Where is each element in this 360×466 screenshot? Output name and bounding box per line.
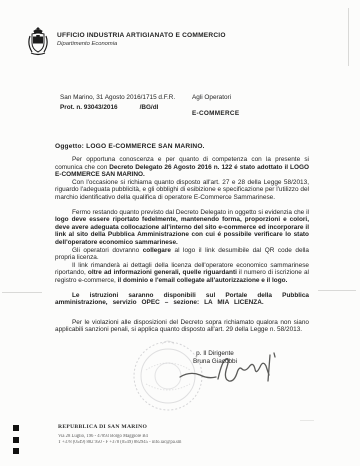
letterhead: UFFICIO INDUSTRIA ARTIGIANATO E COMMERCI… xyxy=(27,26,226,56)
registration-mark xyxy=(13,437,19,443)
letterhead-text: UFFICIO INDUSTRIA ARTIGIANATO E COMMERCI… xyxy=(57,26,226,47)
registration-mark xyxy=(13,448,19,454)
body-paragraph: Fermo restando quanto previsto dal Decre… xyxy=(55,209,309,247)
text-segment-bold: collegare xyxy=(143,247,171,254)
footer: REPUBBLICA DI SAN MARINO Via 28 Luglio, … xyxy=(58,424,181,445)
body-paragraph: Il link rimanderà ai dettagli della lice… xyxy=(55,262,309,285)
department-name: Dipartimento Economia xyxy=(57,41,226,47)
recipient-line-1: Agli Operatori xyxy=(192,94,239,101)
text-segment-bold: Le istruzioni saranno disponibili sul Po… xyxy=(55,292,309,307)
office-name: UFFICIO INDUSTRIA ARTIGIANATO E COMMERCI… xyxy=(57,32,226,39)
signer-role: p. Il Dirigente xyxy=(160,350,270,358)
body-paragraph: Con l'occasione si richiama quanto dispo… xyxy=(55,179,309,202)
meta-block: San Marino, 31 Agosto 2016/1715 d.F.R. P… xyxy=(60,94,320,111)
scanned-letter-page: UFFICIO INDUSTRIA ARTIGIANATO E COMMERCI… xyxy=(0,0,360,466)
subject-line: Oggetto: LOGO E-COMMERCE SAN MARINO. xyxy=(55,143,205,150)
footer-address: Via 28 Luglio, 196 - 47893 Borgo Maggior… xyxy=(58,434,181,439)
protocol-suffix: /BG/dl xyxy=(140,104,159,111)
protocol-number: Prot. n. 93043/2016 xyxy=(60,104,118,111)
body-paragraph: Gli operatori dovranno collegare al logo… xyxy=(55,247,309,262)
text-segment: Con l'occasione si richiama quanto dispo… xyxy=(55,179,309,201)
footer-contacts: T +378 (0549) 882 950 - F +378 (0549) 88… xyxy=(58,440,181,445)
recipient-block: Agli Operatori E-COMMERCE xyxy=(192,94,239,117)
text-segment-bold: oltre ad informazioni generali, quelle r… xyxy=(88,269,237,276)
protocol-line: Prot. n. 93043/2016/BG/dl xyxy=(60,104,320,111)
text-segment: Fermo restando quanto previsto dal Decre… xyxy=(72,209,309,216)
scan-artifact xyxy=(318,290,356,291)
registration-marks xyxy=(13,425,19,460)
signer-name: Bruna Giacobbi xyxy=(160,358,270,366)
letter-body: Per opportuna conoscenza e per quanto di… xyxy=(55,156,309,334)
registration-mark xyxy=(13,425,19,431)
footer-state: REPUBBLICA DI SAN MARINO xyxy=(58,424,181,430)
text-segment: Gli operatori dovranno xyxy=(72,247,143,254)
text-segment-bold: logo deve essere riportato fedelmente, m… xyxy=(55,216,309,246)
scan-artifact xyxy=(2,292,42,293)
scan-artifact xyxy=(348,8,349,66)
text-segment-bold: il dominio e l'email collegate all'autor… xyxy=(118,277,288,284)
signature-block: p. Il Dirigente Bruna Giacobbi xyxy=(160,350,270,365)
scan-artifact xyxy=(300,420,314,421)
san-marino-coat-of-arms-icon xyxy=(27,26,49,56)
body-paragraph: Le istruzioni saranno disponibili sul Po… xyxy=(55,292,309,307)
dateline: San Marino, 31 Agosto 2016/1715 d.F.R. xyxy=(60,94,320,101)
recipient-line-2: E-COMMERCE xyxy=(192,110,239,117)
body-paragraph: Per opportuna conoscenza e per quanto di… xyxy=(55,156,309,179)
